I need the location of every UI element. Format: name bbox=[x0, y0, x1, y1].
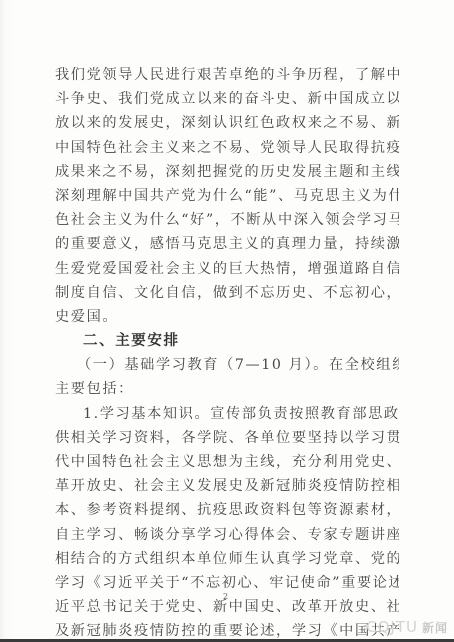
text-line: 革开放史、社会主义发展史及新冠肺炎疫情防控相关学习辅导读 bbox=[55, 474, 399, 498]
text-line: 成果来之不易，深刻把握党的历史发展主题和主线、主流和本质， bbox=[55, 160, 399, 184]
subsection-title: （一）基础学习教育（7—10 月）。在全校组织开展学习教育， bbox=[55, 353, 399, 377]
text-line: 斗争史、我们党成立以来的奋斗史、新中国成立以来以及改革开 bbox=[55, 87, 399, 111]
text-line: 的重要意义，感悟马克思主义的真理力量，持续激发我校广大师 bbox=[55, 232, 399, 256]
text-line: 相结合的方式组织本单位师生认真学习党章、党的十九大报告， bbox=[55, 547, 399, 571]
text-line: 色社会主义为什么“好”，不断从中深入领会学习马克思主义理论 bbox=[55, 208, 399, 232]
watermark-logo: CQJTU新闻 bbox=[366, 618, 448, 636]
text-line: 主要包括： bbox=[55, 377, 399, 401]
text-line: 生爱党爱国爱社会主义的巨大热情，增强道路自信、理论自信、 bbox=[55, 257, 399, 281]
text-line: 制度自信、文化自信，做到不忘历史、不忘初心，知史爱党、知 bbox=[55, 281, 399, 305]
text-line: 1.学习基本知识。宣传部负责按照教育部思政司的统一要求提 bbox=[55, 402, 399, 426]
text-line: 史爱国。 bbox=[55, 305, 399, 329]
text-line: 深刻理解中国共产党为什么“能”、马克思主义为什么“行”、中国特 bbox=[55, 184, 399, 208]
page-number: 2 bbox=[223, 592, 228, 601]
section-heading: 二、主要安排 bbox=[55, 329, 399, 353]
document-page: 我们党领导人民进行艰苦卓绝的斗争历程，了解中国近代以来的 斗争史、我们党成立以来… bbox=[0, 0, 454, 642]
text-line: 本、参考资料提纲、抗疫思政资料包等资源素材，采取集中学习、 bbox=[55, 498, 399, 522]
document-body: 我们党领导人民进行艰苦卓绝的斗争历程，了解中国近代以来的 斗争史、我们党成立以来… bbox=[55, 63, 399, 642]
text-line: 自主学习、畅谈分享学习心得体会、专家专题讲座与辅导答疑等 bbox=[55, 523, 399, 547]
text-line: 放以来的发展史，深刻认识红色政权来之不易、新中国来之不易、 bbox=[55, 111, 399, 135]
text-line: 我们党领导人民进行艰苦卓绝的斗争历程，了解中国近代以来的 bbox=[55, 63, 399, 87]
text-line: 供相关学习资料，各学院、各单位要坚持以学习贯彻习近平新时 bbox=[55, 426, 399, 450]
text-line: 代中国特色社会主义思想为主线，充分利用党史、新中国史、改 bbox=[55, 450, 399, 474]
watermark-chinese: 新闻 bbox=[422, 621, 448, 635]
watermark-latin: CQJTU bbox=[366, 618, 418, 636]
text-line: 中国特色社会主义来之不易、党领导人民取得抗疫斗争重大战略 bbox=[55, 136, 399, 160]
